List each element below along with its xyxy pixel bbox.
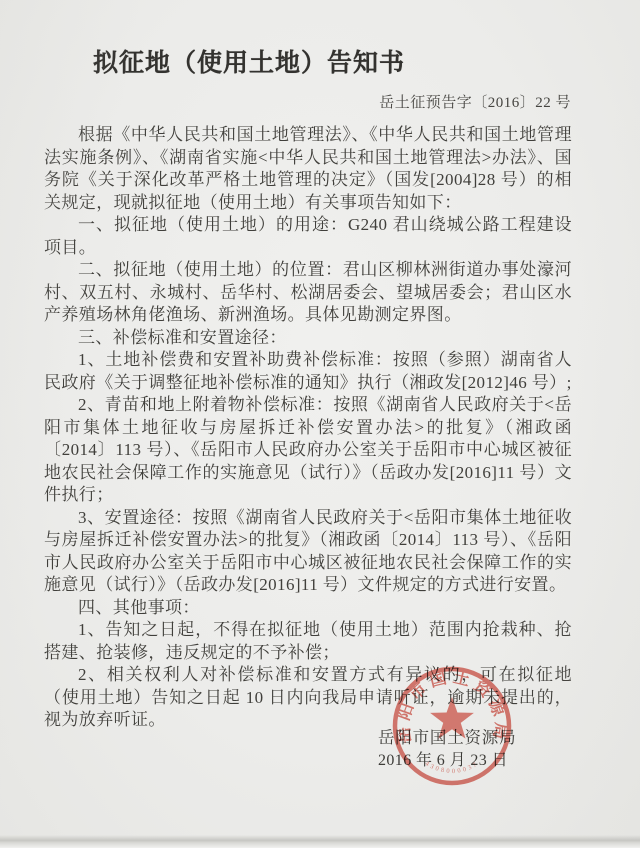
paragraph-land-compensation: 1、土地补偿费和安置补助费补偿标准：按照（参照）湖南省人民政府《关于调整征地补偿… — [44, 349, 572, 394]
body-text: 根据《中华人民共和国土地管理法》、《中华人民共和国土地管理法实施条例》、《湖南省… — [44, 124, 572, 732]
scan-bottom-edge — [0, 835, 640, 848]
svg-text:4308000037: 4308000037 — [424, 760, 480, 775]
paragraph-compensation-heading: 三、补偿标准和安置途径： — [44, 327, 572, 350]
paragraph-other-heading: 四、其他事项： — [44, 597, 572, 620]
paragraph-resettlement: 3、安置途径：按照《湖南省人民政府关于<岳阳市集体土地征收与房屋拆迁补偿安置办法… — [44, 507, 572, 597]
paragraph-purpose: 一、拟征地（使用土地）的用途：G240 君山绕城公路工程建设项目。 — [44, 214, 572, 259]
notice-content: 拟征地（使用土地）告知书 岳土征预告字〔2016〕22 号 根据《中华人民共和国… — [44, 46, 572, 732]
page-title: 拟征地（使用土地）告知书 — [0, 46, 513, 82]
paragraph-basis: 根据《中华人民共和国土地管理法》、《中华人民共和国土地管理法实施条例》、《湖南省… — [44, 124, 572, 214]
star-icon — [430, 697, 474, 739]
paragraph-location: 二、拟征地（使用土地）的位置：君山区柳林洲街道办事处濠河村、双五村、永城村、岳华… — [44, 259, 572, 327]
seal-code: 4308000037 — [424, 760, 480, 775]
document-page: 拟征地（使用土地）告知书 岳土征预告字〔2016〕22 号 根据《中华人民共和国… — [0, 0, 640, 848]
official-seal-icon: 岳阳市国土资源局 4308000037 — [377, 654, 527, 804]
paragraph-crop-compensation: 2、青苗和地上附着物补偿标准：按照《湖南省人民政府关于<岳阳市集体土地征收与房屋… — [44, 394, 572, 507]
doc-number: 岳土征预告字〔2016〕22 号 — [44, 91, 572, 112]
